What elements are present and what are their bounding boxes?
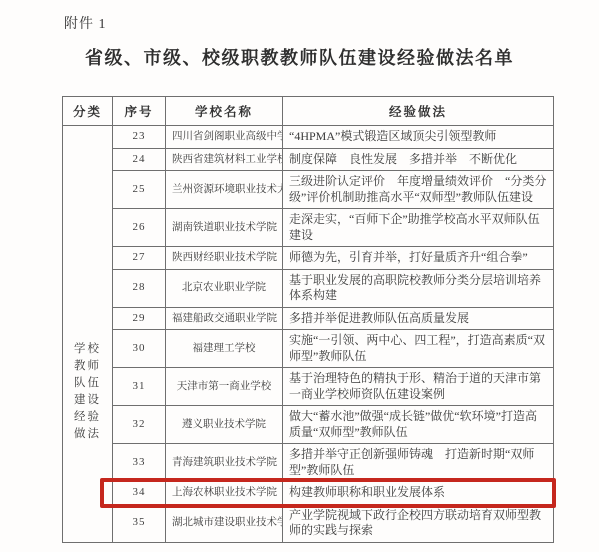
category-cell: 学校教师队伍建设经验做法 [63,126,113,543]
row-no-cell: 24 [113,148,166,171]
table-row: 33青海建筑职业技术学院多措并举守正创新强师铸魂 打造新时期“双师型”教师队伍 [63,444,554,482]
row-no-cell: 31 [113,368,166,406]
table-row: 28北京农业职业学院基于职业发展的高职院校教师分类分层培训培养体系构建 [63,269,554,307]
row-practice-cell: 基于治理特色的精执于形、精治于道的天津市第一商业学校师资队伍建设案例 [283,368,554,406]
document-page: 附件 1 省级、市级、校级职教教师队伍建设经验做法名单 分类 序号 学校名称 经… [0,0,599,552]
row-no-cell: 23 [113,126,166,149]
table-wrap: 分类 序号 学校名称 经验做法 学校教师队伍建设经验做法23四川省剑阁职业高级中… [62,96,553,543]
table-row: 29福建船政交通职业学院多措并举促进教师队伍高质量发展 [63,307,554,330]
table-row: 30福建理工学校实施“一引领、两中心、四工程”，打造高素质“双师型”教师队伍 [63,330,554,368]
row-no-cell: 35 [113,504,166,542]
row-school-cell: 湖南铁道职业技术学院 [166,209,283,247]
table-row: 25兰州资源环境职业技术大学三级进阶认定评价 年度增量绩效评价 “分类分级”评价… [63,171,554,209]
row-no-cell: 33 [113,444,166,482]
row-no-cell: 25 [113,171,166,209]
category-label-line: 建设 [74,392,101,409]
row-practice-cell: 多措并举守正创新强师铸魂 打造新时期“双师型”教师队伍 [283,444,554,482]
row-no-cell: 27 [113,247,166,270]
table-header-row: 分类 序号 学校名称 经验做法 [63,97,554,126]
table-row: 学校教师队伍建设经验做法23四川省剑阁职业高级中学“4HPMA”模式锻造区域顶尖… [63,126,554,149]
table-row: 32遵义职业技术学院做大“蓄水池”做强“成长链”做优“软环境”打造高质量“双师型… [63,406,554,444]
category-label-line: 学校 [74,341,101,358]
row-practice-cell: 走深走实，“百师下企”助推学校高水平双师队伍建设 [283,209,554,247]
category-label-line: 做法 [74,426,101,443]
table-body: 学校教师队伍建设经验做法23四川省剑阁职业高级中学“4HPMA”模式锻造区域顶尖… [63,126,554,543]
col-header-school: 学校名称 [166,97,283,126]
row-practice-cell: 做大“蓄水池”做强“成长链”做优“软环境”打造高质量“双师型”教师队伍 [283,406,554,444]
table-row: 35湖北城市建设职业技术学院产业学院视域下政行企校四方联动培育双师型教师的实践与… [63,504,554,542]
row-school-cell: 遵义职业技术学院 [166,406,283,444]
table-row: 31天津市第一商业学校基于治理特色的精执于形、精治于道的天津市第一商业学校师资队… [63,368,554,406]
row-school-cell: 北京农业职业学院 [166,269,283,307]
row-school-cell: 天津市第一商业学校 [166,368,283,406]
col-header-category: 分类 [63,97,113,126]
attachment-label: 附件 1 [64,13,107,33]
row-practice-cell: 师德为先，引育并举，打好量质齐升“组合拳” [283,247,554,270]
row-no-cell: 29 [113,307,166,330]
table-row: 27陕西财经职业技术学院师德为先，引育并举，打好量质齐升“组合拳” [63,247,554,270]
category-label-line: 教师 [74,358,101,375]
row-school-cell: 陕西财经职业技术学院 [166,247,283,270]
row-school-cell: 青海建筑职业技术学院 [166,444,283,482]
row-practice-cell: 三级进阶认定评价 年度增量绩效评价 “分类分级”评价机制助推高水平“双师型”教师… [283,171,554,209]
row-practice-cell: 基于职业发展的高职院校教师分类分层培训培养体系构建 [283,269,554,307]
table-row: 26湖南铁道职业技术学院走深走实，“百师下企”助推学校高水平双师队伍建设 [63,209,554,247]
category-vertical-label: 学校教师队伍建设经验做法 [74,341,101,443]
row-school-cell: 湖北城市建设职业技术学院 [166,504,283,542]
category-label-line: 经验 [74,409,101,426]
row-school-cell: 四川省剑阁职业高级中学 [166,126,283,149]
page-title: 省级、市级、校级职教教师队伍建设经验做法名单 [0,44,599,70]
row-no-cell: 26 [113,209,166,247]
row-practice-cell: “4HPMA”模式锻造区域顶尖引领型教师 [283,126,554,149]
row-no-cell: 30 [113,330,166,368]
table-row: 24陕西省建筑材料工业学校制度保障 良性发展 多措并举 不断优化 [63,148,554,171]
category-label-line: 队伍 [74,375,101,392]
row-no-cell: 34 [113,482,166,505]
row-practice-cell: 产业学院视域下政行企校四方联动培育双师型教师的实践与探索 [283,504,554,542]
row-school-cell: 福建船政交通职业学院 [166,307,283,330]
row-school-cell: 兰州资源环境职业技术大学 [166,171,283,209]
table-row: 34上海农林职业技术学院构建教师职称和职业发展体系 [63,482,554,505]
col-header-no: 序号 [113,97,166,126]
row-practice-cell: 构建教师职称和职业发展体系 [283,482,554,505]
row-no-cell: 28 [113,269,166,307]
row-no-cell: 32 [113,406,166,444]
row-school-cell: 福建理工学校 [166,330,283,368]
row-practice-cell: 实施“一引领、两中心、四工程”，打造高素质“双师型”教师队伍 [283,330,554,368]
row-practice-cell: 多措并举促进教师队伍高质量发展 [283,307,554,330]
row-practice-cell: 制度保障 良性发展 多措并举 不断优化 [283,148,554,171]
experience-table: 分类 序号 学校名称 经验做法 学校教师队伍建设经验做法23四川省剑阁职业高级中… [62,96,554,543]
row-school-cell: 上海农林职业技术学院 [166,482,283,505]
col-header-practice: 经验做法 [283,97,554,126]
row-school-cell: 陕西省建筑材料工业学校 [166,148,283,171]
